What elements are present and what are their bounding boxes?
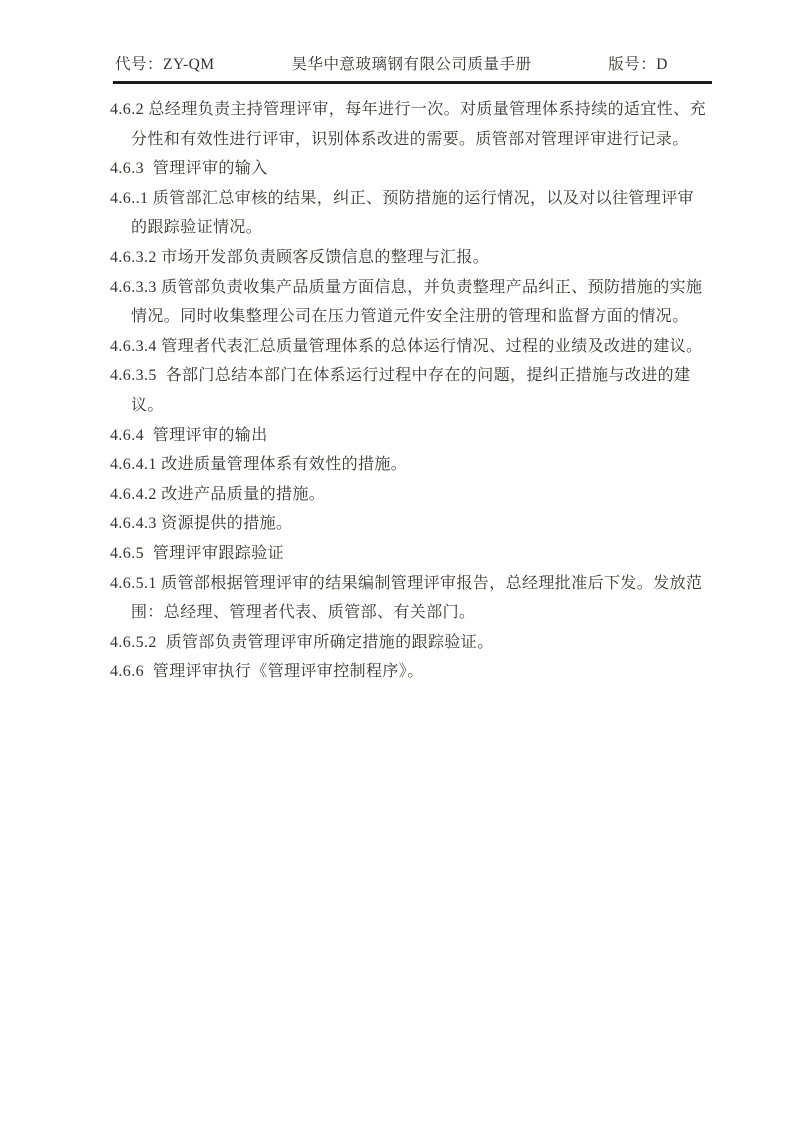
doc-line: 情况。同时收集整理公司在压力管道元件安全注册的管理和监督方面的情况。 — [110, 302, 730, 332]
document-body: 4.6.2 总经理负责主持管理评审，每年进行一次。对质量管理体系持续的适宜性、充… — [110, 95, 730, 687]
doc-line: 4.6.4.1 改进质量管理体系有效性的措施。 — [110, 450, 730, 480]
doc-line: 4.6.5.1 质管部根据管理评审的结果编制管理评审报告，总经理批准后下发。发放… — [110, 569, 730, 599]
header-title: 昊华中意玻璃钢有限公司质量手册 — [291, 52, 531, 74]
doc-line: 4.6.4.2 改进产品质量的措施。 — [110, 480, 730, 510]
header-code: 代号：ZY-QM — [115, 52, 215, 74]
doc-line: 议。 — [110, 391, 730, 421]
doc-line: 4.6.2 总经理负责主持管理评审，每年进行一次。对质量管理体系持续的适宜性、充 — [110, 95, 730, 125]
doc-line: 4.6.3 管理评审的输入 — [110, 154, 730, 184]
header-row: 代号：ZY-QM 昊华中意玻璃钢有限公司质量手册 版号：D — [113, 52, 712, 81]
doc-line: 4.6.4.3 资源提供的措施。 — [110, 509, 730, 539]
doc-line: 的跟踪验证情况。 — [110, 213, 730, 243]
doc-line: 4.6.5 管理评审跟踪验证 — [110, 539, 730, 569]
header-version: 版号：D — [608, 52, 668, 74]
doc-line: 4.6.5.2 质管部负责管理评审所确定措施的跟踪验证。 — [110, 628, 730, 658]
doc-line: 4.6.4 管理评审的输出 — [110, 421, 730, 451]
doc-line: 4.6.3.4 管理者代表汇总质量管理体系的总体运行情况、过程的业绩及改进的建议… — [110, 332, 730, 362]
header-rule — [113, 81, 712, 84]
doc-line: 围：总经理、管理者代表、质管部、有关部门。 — [110, 598, 730, 628]
page-header: 代号：ZY-QM 昊华中意玻璃钢有限公司质量手册 版号：D — [113, 52, 712, 84]
document-page: 代号：ZY-QM 昊华中意玻璃钢有限公司质量手册 版号：D 4.6.2 总经理负… — [0, 0, 800, 1131]
doc-line: 4.6.3.5 各部门总结本部门在体系运行过程中存在的问题，提纠正措施与改进的建 — [110, 361, 730, 391]
doc-line: 4.6..1 质管部汇总审核的结果，纠正、预防措施的运行情况，以及对以往管理评审 — [110, 184, 730, 214]
doc-line: 4.6.6 管理评审执行《管理评审控制程序》。 — [110, 657, 730, 687]
doc-line: 4.6.3.2 市场开发部负责顾客反馈信息的整理与汇报。 — [110, 243, 730, 273]
doc-line: 4.6.3.3 质管部负责收集产品质量方面信息，并负责整理产品纠正、预防措施的实… — [110, 273, 730, 303]
doc-line: 分性和有效性进行评审，识别体系改进的需要。质管部对管理评审进行记录。 — [110, 125, 730, 155]
